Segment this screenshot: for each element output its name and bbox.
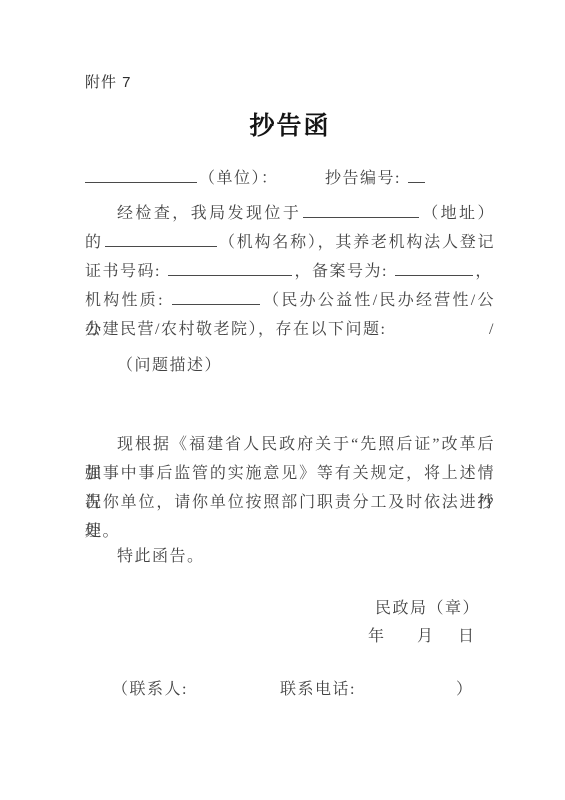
text-segment: 的	[85, 234, 103, 251]
body-line-6: 现根据《福建省人民政府关于“先照后证”改革后加	[85, 430, 495, 459]
body-line-2: 的（机构名称），其养老机构法人登记	[85, 228, 495, 257]
day-label: 日	[458, 623, 474, 646]
certificate-number-blank-field	[168, 261, 292, 276]
closing-line: 特此函告。	[117, 543, 205, 566]
closing-paren: ）	[456, 676, 474, 699]
contact-line: （联系人: 联系电话: ）	[0, 676, 565, 698]
recipient-line: （单位）： 抄告编号:	[85, 165, 495, 188]
body-line-9: 理。	[85, 517, 495, 546]
contact-person-label: （联系人:	[112, 676, 188, 699]
text-segment: ，备案号为:	[294, 263, 393, 280]
paragraph-findings: 经检查，我局发现位于（地址） 的（机构名称），其养老机构法人登记 证书号码: ，…	[85, 199, 495, 344]
attachment-label: 附件 7	[85, 71, 132, 92]
body-line-8: 告你单位，请你单位按照部门职责分工及时依法进行处	[85, 488, 495, 517]
signature-organization: 民政局（章）	[375, 595, 480, 618]
body-line-1: 经检查，我局发现位于（地址）	[85, 199, 495, 228]
text-segment: 证书号码:	[85, 263, 166, 280]
text-segment: （地址）	[421, 205, 495, 222]
text-segment: 机构性质:	[85, 292, 170, 309]
body-line-4: 机构性质: （民办公益性/民办经营性/公办/	[85, 286, 495, 315]
text-segment: （机构名称），其养老机构法人登记	[219, 234, 495, 251]
record-number-blank-field	[395, 261, 473, 276]
org-name-blank-field	[105, 232, 217, 247]
document-title: 抄告函	[85, 106, 495, 142]
copy-number-blank-field	[408, 168, 425, 183]
text-segment: ，	[475, 263, 493, 280]
signature-date-line: 年 月 日	[0, 623, 565, 645]
year-label: 年	[368, 623, 384, 646]
body-line-7: 强事中事后监管的实施意见》等有关规定，将上述情况抄	[85, 459, 495, 488]
unit-blank-field	[85, 168, 197, 183]
paragraph-basis: 现根据《福建省人民政府关于“先照后证”改革后加 强事中事后监管的实施意见》等有关…	[85, 430, 495, 546]
document-page: 附件 7 抄告函 （单位）： 抄告编号: 经检查，我局发现位于（地址） 的（机构…	[0, 0, 565, 800]
body-line-3: 证书号码: ，备案号为: ，	[85, 257, 495, 286]
copy-number-label: 抄告编号:	[325, 170, 406, 187]
copy-number-group: 抄告编号:	[325, 165, 427, 188]
month-label: 月	[417, 623, 433, 646]
address-blank-field	[303, 203, 419, 218]
contact-phone-label: 联系电话:	[280, 676, 356, 699]
text-segment: 经检查，我局发现位于	[117, 205, 301, 222]
unit-label: （单位）：	[199, 170, 279, 187]
org-nature-blank-field	[172, 290, 260, 305]
problem-description-placeholder: （问题描述）	[117, 352, 222, 375]
